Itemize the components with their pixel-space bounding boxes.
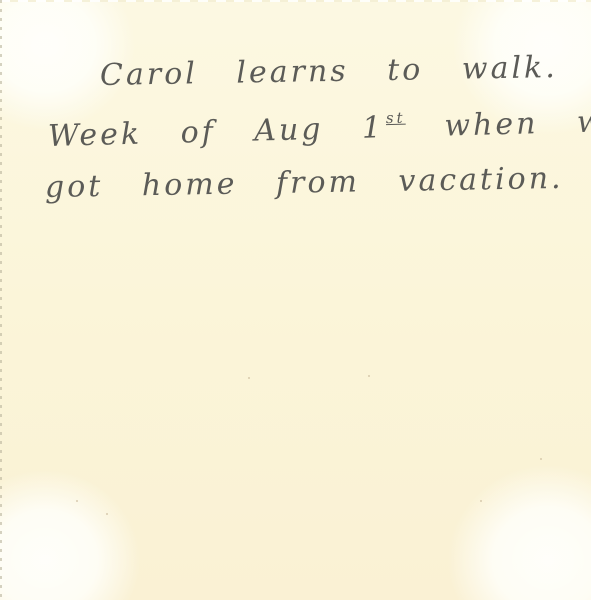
left-deckled-edge <box>0 0 2 600</box>
date-suffix: st <box>386 109 406 128</box>
handwritten-word: when <box>444 106 539 143</box>
handwritten-word: Week <box>48 117 143 154</box>
handwritten-word: got <box>45 169 104 205</box>
handwritten-word: vacation. <box>398 161 564 199</box>
handwritten-word: of <box>180 115 216 151</box>
paper-speck <box>248 377 250 379</box>
handwritten-word: from <box>276 165 361 201</box>
handwritten-line-1: Carol learns to walk. <box>100 50 584 93</box>
handwritten-word: home <box>142 167 238 204</box>
paper-speck <box>540 458 542 460</box>
handwritten-word: Carol <box>100 56 198 93</box>
date-number: 1 <box>362 110 385 146</box>
handwritten-word: Aug <box>254 112 324 149</box>
paper-speck <box>106 513 108 515</box>
handwritten-word: learns <box>236 54 349 91</box>
paper-speck <box>480 500 482 502</box>
photo-back-card: Carol learns to walk. Week of Aug 1st wh… <box>0 0 591 600</box>
handwritten-line-2: Week of Aug 1st when we <box>48 102 591 154</box>
paper-speck <box>368 375 370 377</box>
handwritten-word: we <box>576 104 591 140</box>
handwritten-date: 1st <box>362 109 407 146</box>
handwritten-word: to <box>387 52 424 88</box>
paper-speck <box>76 500 78 502</box>
handwritten-word: walk. <box>462 50 558 87</box>
top-deckled-edge <box>0 0 591 2</box>
handwritten-line-3: got home from vacation. <box>45 160 590 204</box>
